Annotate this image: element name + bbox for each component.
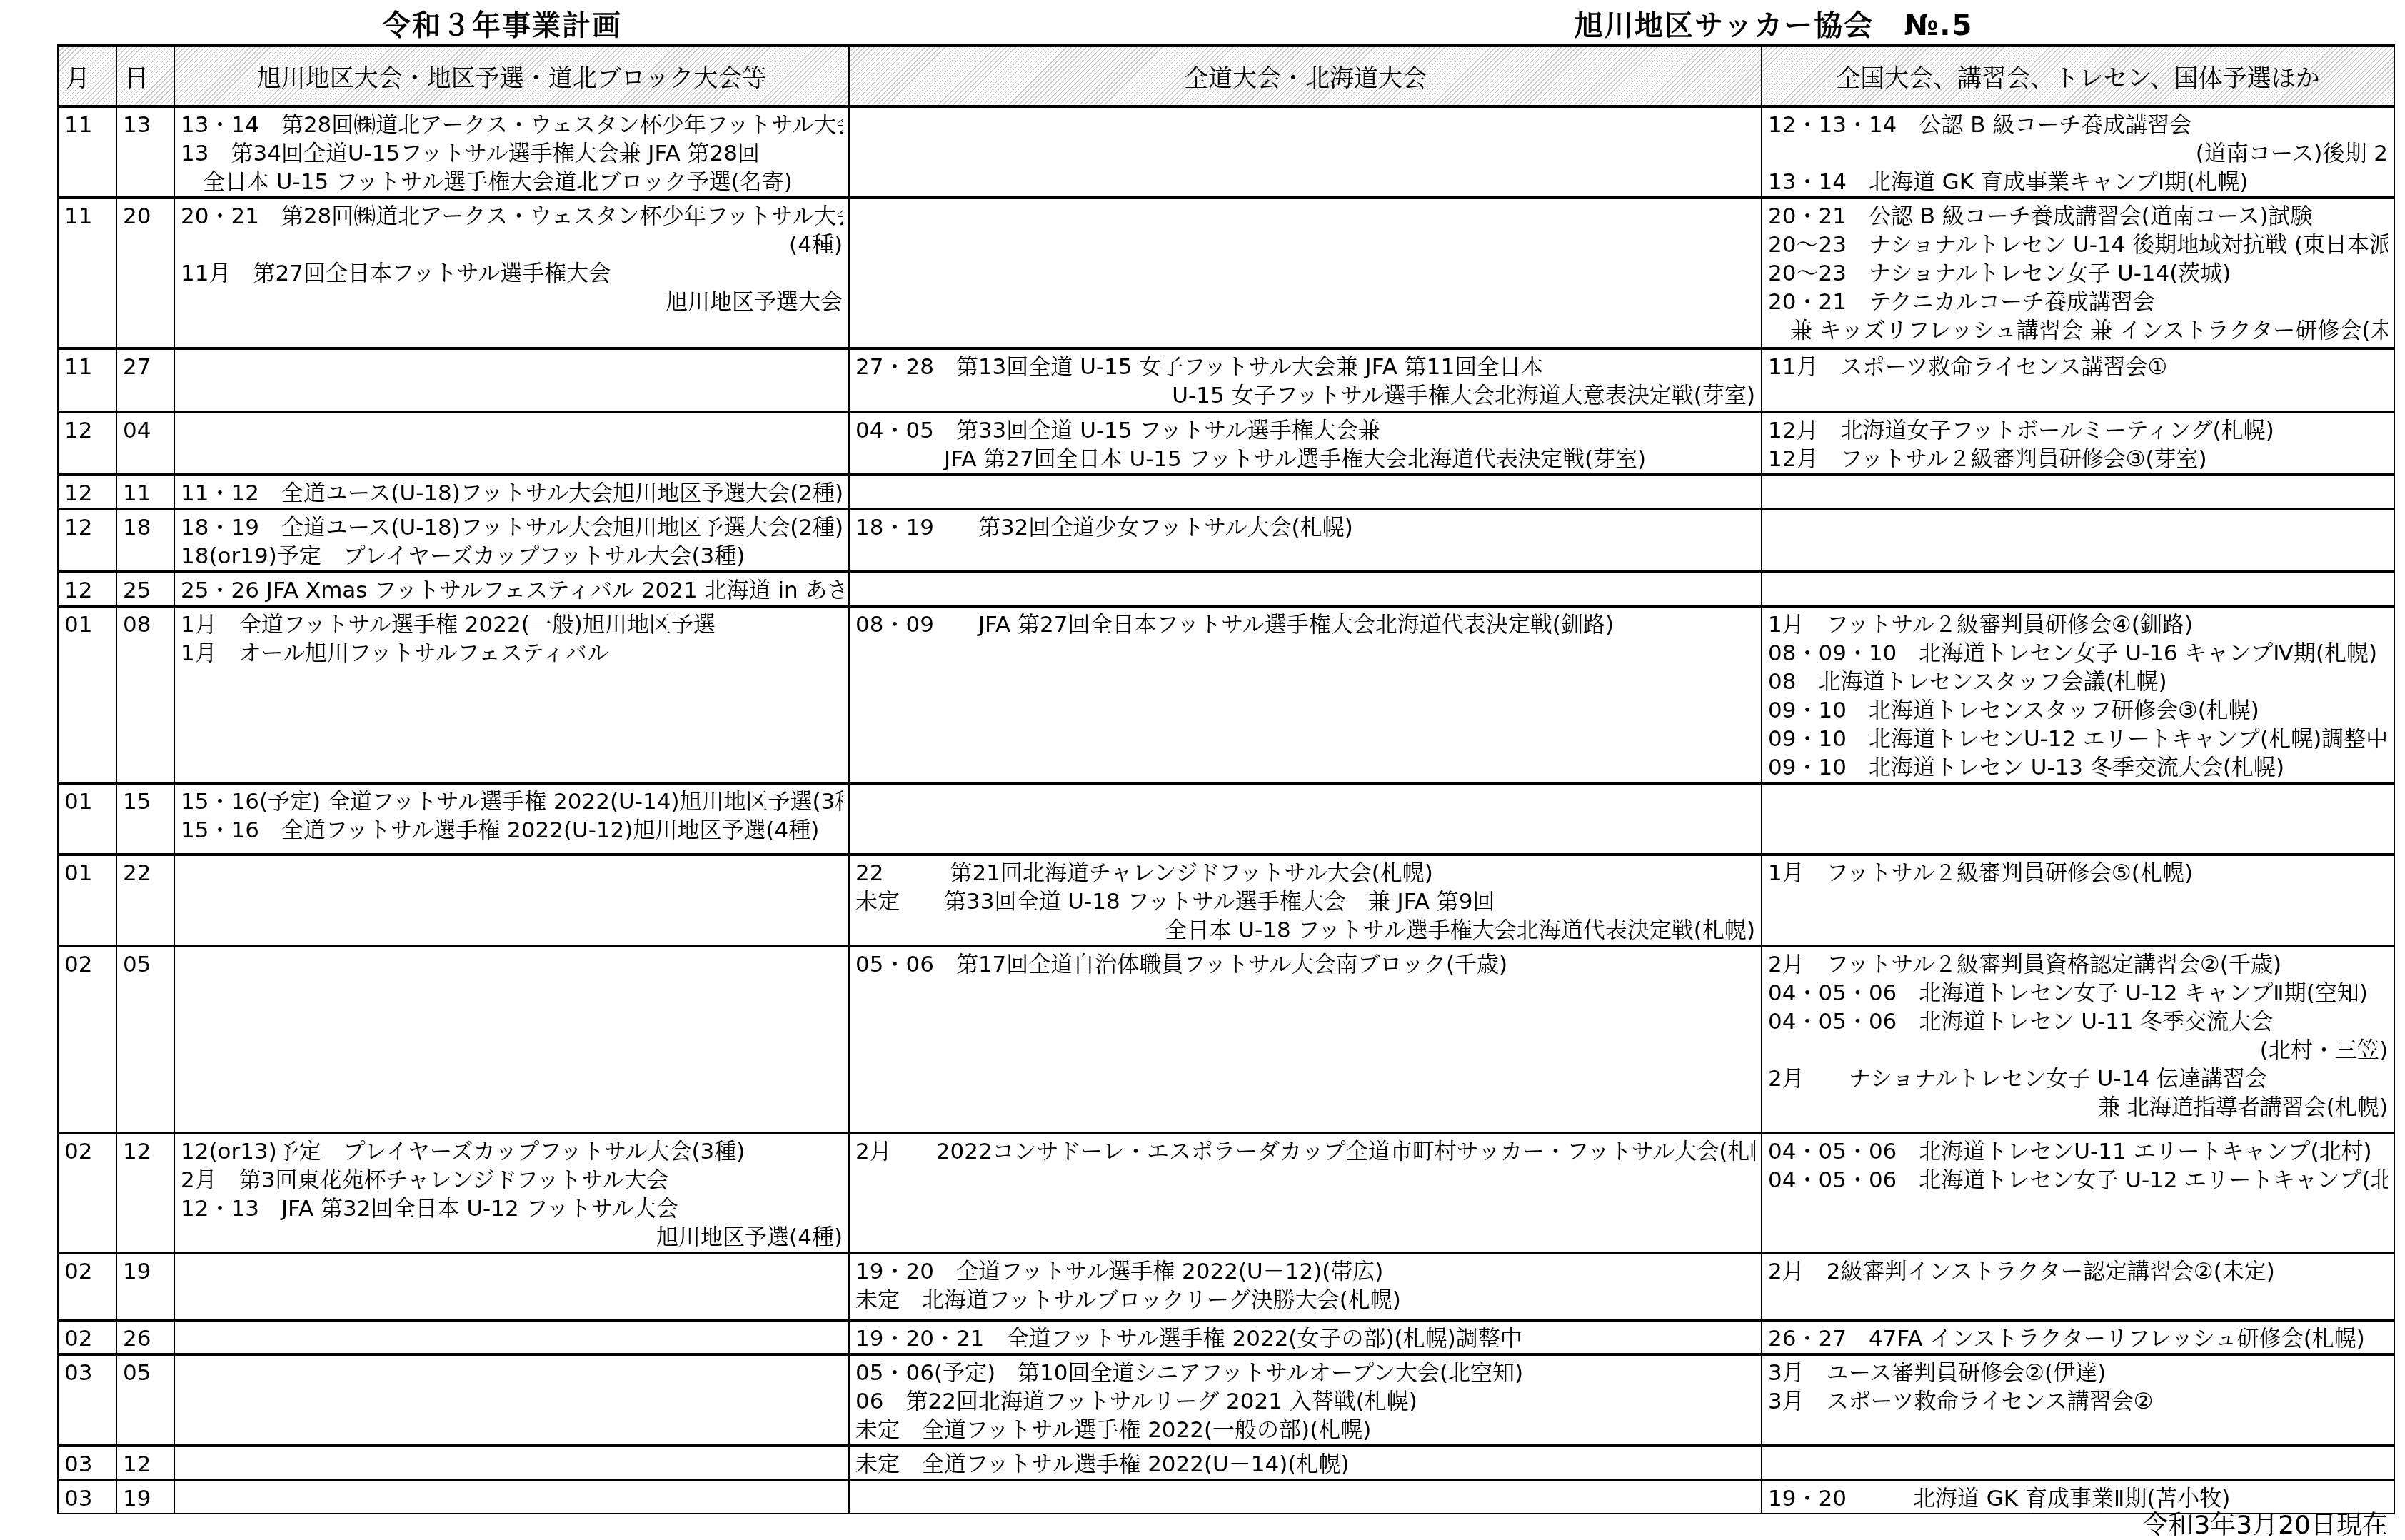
national-events-cell: 12月 北海道女子フットボールミーティング(札幌)12月 フットサル２級審判員研…	[1762, 412, 2394, 475]
event-line: 13・14 第28回㈱道北アークス・ウェスタン杯少年フットサル大会(4種)	[181, 111, 843, 139]
month-cell: 12	[58, 572, 116, 606]
day-cell: 20	[116, 198, 174, 348]
event-line: JFA 第27回全日本 U-15 フットサル選手権大会北海道代表決定戦(芽室)	[855, 445, 1755, 473]
event-line: 全日本 U-15 フットサル選手権大会道北ブロック予選(名寄)	[181, 168, 843, 196]
event-line: 08・09・10 北海道トレセン女子 U-16 キャンプⅣ期(札幌)	[1768, 639, 2388, 668]
event-line: 25・26 JFA Xmas フットサルフェスティバル 2021 北海道 in …	[181, 576, 843, 605]
national-events-cell: 3月 ユース審判員研修会②(伊達)3月 スポーツ救命ライセンス講習会②	[1762, 1354, 2394, 1446]
hokkaido-events-cell: 未定 全道フットサル選手権 2022(U－14)(札幌)	[849, 1446, 1762, 1480]
event-line: 12月 フットサル２級審判員研修会③(芽室)	[1768, 445, 2388, 473]
hokkaido-events-cell	[849, 198, 1762, 348]
table-row: 120404・05 第33回全道 U-15 フットサル選手権大会兼 JFA 第2…	[58, 412, 2394, 475]
table-row: 030505・06(予定) 第10回全道シニアフットサルオープン大会(北空知)0…	[58, 1354, 2394, 1446]
day-cell: 27	[116, 348, 174, 412]
table-row: 112727・28 第13回全道 U-15 女子フットサル大会兼 JFA 第11…	[58, 348, 2394, 412]
national-events-cell	[1762, 1446, 2394, 1480]
event-line: (道南コース)後期 2	[1768, 139, 2388, 168]
month-cell: 11	[58, 198, 116, 348]
event-line: 04・05・06 北海道トレセンU-11 エリートキャンプ(北村)	[1768, 1137, 2388, 1166]
event-line: 20・21 公認 B 級コーチ養成講習会(道南コース)試験	[1768, 202, 2388, 231]
event-line: 3月 ユース審判員研修会②(伊達)	[1768, 1359, 2388, 1387]
month-cell: 02	[58, 1320, 116, 1354]
national-events-cell: 2月 2級審判インストラクター認定講習会②(未定)	[1762, 1253, 2394, 1320]
national-events-cell	[1762, 783, 2394, 855]
month-cell: 01	[58, 606, 116, 783]
hokkaido-events-cell: 08・09 JFA 第27回全日本フットサル選手権大会北海道代表決定戦(釧路)	[849, 606, 1762, 783]
hokkaido-events-cell: 19・20・21 全道フットサル選手権 2022(女子の部)(札幌)調整中	[849, 1320, 1762, 1354]
month-cell: 12	[58, 475, 116, 509]
month-cell: 03	[58, 1354, 116, 1446]
local-events-cell	[174, 1320, 849, 1354]
day-cell: 26	[116, 1320, 174, 1354]
hokkaido-events-cell	[849, 106, 1762, 198]
event-line: 08・09 JFA 第27回全日本フットサル選手権大会北海道代表決定戦(釧路)	[855, 610, 1755, 639]
national-events-cell: 2月 フットサル２級審判員資格認定講習会②(千歳)04・05・06 北海道トレセ…	[1762, 946, 2394, 1133]
event-line: 09・10 北海道トレセンスタッフ研修会③(札幌)	[1768, 696, 2388, 725]
month-cell: 02	[58, 1133, 116, 1253]
event-line: 18・19 全道ユース(U-18)フットサル大会旭川地区予選大会(2種)	[181, 513, 843, 542]
event-line: 04・05 第33回全道 U-15 フットサル選手権大会兼	[855, 416, 1755, 445]
event-line: 1月 オール旭川フットサルフェスティバル	[181, 639, 843, 668]
event-line: 18(or19)予定 プレイヤーズカップフットサル大会(3種)	[181, 542, 843, 570]
table-row: 020505・06 第17回全道自治体職員フットサル大会南ブロック(千歳)2月 …	[58, 946, 2394, 1133]
event-line: 04・05・06 北海道トレセン女子 U-12 エリートキャンプ(北村)	[1768, 1166, 2388, 1194]
day-cell: 08	[116, 606, 174, 783]
month-cell: 03	[58, 1446, 116, 1480]
hokkaido-events-cell: 18・19 第32回全道少女フットサル大会(札幌)	[849, 509, 1762, 572]
event-line: 2月 フットサル２級審判員資格認定講習会②(千歳)	[1768, 950, 2388, 979]
month-cell: 11	[58, 348, 116, 412]
table-row: 011515・16(予定) 全道フットサル選手権 2022(U-14)旭川地区予…	[58, 783, 2394, 855]
event-line: 11月 スポーツ救命ライセンス講習会①	[1768, 353, 2388, 381]
event-line: (北村・三笠)	[1768, 1036, 2388, 1065]
table-row: 022619・20・21 全道フットサル選手権 2022(女子の部)(札幌)調整…	[58, 1320, 2394, 1354]
column-header-day: 日	[116, 46, 174, 106]
event-line: U-15 女子フットサル選手権大会北海道大意表決定戦(芽室)	[855, 381, 1755, 410]
event-line: 20・21 テクニカルコーチ養成講習会	[1768, 288, 2388, 316]
column-header-local-events: 旭川地区大会・地区予選・道北ブロック大会等	[174, 46, 849, 106]
event-line: 2月 2022コンサドーレ・エスポラーダカップ全道市町村サッカー・フットサル大会…	[855, 1137, 1755, 1166]
event-line: 3月 スポーツ救命ライセンス講習会②	[1768, 1387, 2388, 1416]
event-line: 09・10 北海道トレセン U-13 冬季交流大会(札幌)	[1768, 753, 2388, 782]
day-cell: 11	[116, 475, 174, 509]
event-line: 08 北海道トレセンスタッフ会議(札幌)	[1768, 668, 2388, 696]
event-line: 旭川地区予選大会	[181, 288, 843, 316]
column-header-month: 月	[58, 46, 116, 106]
event-line: 19・20 全道フットサル選手権 2022(U－12)(帯広)	[855, 1257, 1755, 1286]
day-cell: 15	[116, 783, 174, 855]
event-line: 26・27 47FA インストラクターリフレッシュ研修会(札幌)	[1768, 1324, 2388, 1353]
table-body: 111313・14 第28回㈱道北アークス・ウェスタン杯少年フットサル大会(4種…	[58, 106, 2394, 1514]
event-line: 04・05・06 北海道トレセン U-11 冬季交流大会	[1768, 1007, 2388, 1036]
month-cell: 01	[58, 855, 116, 946]
day-cell: 22	[116, 855, 174, 946]
event-line: 兼 北海道指導者講習会(札幌)	[1768, 1093, 2388, 1122]
national-events-cell: 26・27 47FA インストラクターリフレッシュ研修会(札幌)	[1762, 1320, 2394, 1354]
local-events-cell	[174, 946, 849, 1133]
table-row: 0312未定 全道フットサル選手権 2022(U－14)(札幌)	[58, 1446, 2394, 1480]
national-events-cell: 12・13・14 公認 B 級コーチ養成講習会(道南コース)後期 213・14 …	[1762, 106, 2394, 198]
event-line: 15・16(予定) 全道フットサル選手権 2022(U-14)旭川地区予選(3種…	[181, 787, 843, 816]
hokkaido-events-cell: 04・05 第33回全道 U-15 フットサル選手権大会兼 JFA 第27回全日…	[849, 412, 1762, 475]
event-line: 05・06(予定) 第10回全道シニアフットサルオープン大会(北空知)	[855, 1359, 1755, 1387]
national-events-cell	[1762, 509, 2394, 572]
national-events-cell: 04・05・06 北海道トレセンU-11 エリートキャンプ(北村)04・05・0…	[1762, 1133, 2394, 1253]
event-line: 11月 第27回全日本フットサル選手権大会	[181, 259, 843, 288]
event-line: 20～23 ナショナルトレセン女子 U-14(茨城)	[1768, 259, 2388, 288]
event-line: 11・12 全道ユース(U-18)フットサル大会旭川地区予選大会(2種)	[181, 479, 843, 508]
local-events-cell: 18・19 全道ユース(U-18)フットサル大会旭川地区予選大会(2種)18(o…	[174, 509, 849, 572]
event-line: 12・13・14 公認 B 級コーチ養成講習会	[1768, 111, 2388, 139]
event-line: 1月 全道フットサル選手権 2022(一般)旭川地区予選	[181, 610, 843, 639]
local-events-cell	[174, 1446, 849, 1480]
event-line: 04・05・06 北海道トレセン女子 U-12 キャンプⅡ期(空知)	[1768, 979, 2388, 1007]
event-line: 未定 第33回全道 U-18 フットサル選手権大会 兼 JFA 第9回	[855, 887, 1755, 916]
national-events-cell: 11月 スポーツ救命ライセンス講習会①	[1762, 348, 2394, 412]
table-row: 121111・12 全道ユース(U-18)フットサル大会旭川地区予選大会(2種)	[58, 475, 2394, 509]
hokkaido-events-cell: 22 第21回北海道チャレンジドフットサル大会(札幌)未定 第33回全道 U-1…	[849, 855, 1762, 946]
month-cell: 12	[58, 509, 116, 572]
month-cell: 11	[58, 106, 116, 198]
local-events-cell: 12(or13)予定 プレイヤーズカップフットサル大会(3種)2月 第3回東花苑…	[174, 1133, 849, 1253]
event-line: 未定 北海道フットサルブロックリーグ決勝大会(札幌)	[855, 1286, 1755, 1314]
local-events-cell	[174, 855, 849, 946]
local-events-cell: 1月 全道フットサル選手権 2022(一般)旭川地区予選1月 オール旭川フットサ…	[174, 606, 849, 783]
column-header-hokkaido-events: 全道大会・北海道大会	[849, 46, 1762, 106]
local-events-cell: 15・16(予定) 全道フットサル選手権 2022(U-14)旭川地区予選(3種…	[174, 783, 849, 855]
event-line: 20～23 ナショナルトレセン U-14 後期地域対抗戦 (東日本派遣)	[1768, 231, 2388, 259]
schedule-table: 月 日 旭川地区大会・地区予選・道北ブロック大会等 全道大会・北海道大会 全国大…	[57, 44, 2395, 1514]
local-events-cell	[174, 1480, 849, 1514]
national-events-cell	[1762, 572, 2394, 606]
event-line: 旭川地区予選(4種)	[181, 1223, 843, 1252]
day-cell: 12	[116, 1133, 174, 1253]
event-line: 15・16 全道フットサル選手権 2022(U-12)旭川地区予選(4種)	[181, 816, 843, 845]
local-events-cell	[174, 1253, 849, 1320]
hokkaido-events-cell: 27・28 第13回全道 U-15 女子フットサル大会兼 JFA 第11回全日本…	[849, 348, 1762, 412]
event-line: 05・06 第17回全道自治体職員フットサル大会南ブロック(千歳)	[855, 950, 1755, 979]
day-cell: 19	[116, 1480, 174, 1514]
national-events-cell	[1762, 475, 2394, 509]
hokkaido-events-cell	[849, 783, 1762, 855]
table-row: 012222 第21回北海道チャレンジドフットサル大会(札幌)未定 第33回全道…	[58, 855, 2394, 946]
table-row: 122525・26 JFA Xmas フットサルフェスティバル 2021 北海道…	[58, 572, 2394, 606]
table-row: 121818・19 全道ユース(U-18)フットサル大会旭川地区予選大会(2種)…	[58, 509, 2394, 572]
event-line: 13 第34回全道U-15フットサル選手権大会兼 JFA 第28回	[181, 139, 843, 168]
day-cell: 18	[116, 509, 174, 572]
event-line: 19・20・21 全道フットサル選手権 2022(女子の部)(札幌)調整中	[855, 1324, 1755, 1353]
table-header-row: 月 日 旭川地区大会・地区予選・道北ブロック大会等 全道大会・北海道大会 全国大…	[58, 46, 2394, 106]
day-cell: 25	[116, 572, 174, 606]
event-line: 09・10 北海道トレセンU-12 エリートキャンプ(札幌)調整中	[1768, 725, 2388, 753]
month-cell: 03	[58, 1480, 116, 1514]
organization-name: 旭川地区サッカー協会 №.5	[1575, 3, 1973, 44]
national-events-cell: 1月 フットサル２級審判員研修会④(釧路)08・09・10 北海道トレセン女子 …	[1762, 606, 2394, 783]
month-cell: 02	[58, 946, 116, 1133]
event-line: 未定 全道フットサル選手権 2022(U－14)(札幌)	[855, 1450, 1755, 1479]
hokkaido-events-cell: 2月 2022コンサドーレ・エスポラーダカップ全道市町村サッカー・フットサル大会…	[849, 1133, 1762, 1253]
local-events-cell: 11・12 全道ユース(U-18)フットサル大会旭川地区予選大会(2種)	[174, 475, 849, 509]
event-line: 全日本 U-18 フットサル選手権大会北海道代表決定戦(札幌)	[855, 916, 1755, 945]
event-line: 12(or13)予定 プレイヤーズカップフットサル大会(3種)	[181, 1137, 843, 1166]
local-events-cell	[174, 412, 849, 475]
table-row: 01081月 全道フットサル選手権 2022(一般)旭川地区予選1月 オール旭川…	[58, 606, 2394, 783]
hokkaido-events-cell: 19・20 全道フットサル選手権 2022(U－12)(帯広)未定 北海道フット…	[849, 1253, 1762, 1320]
local-events-cell: 25・26 JFA Xmas フットサルフェスティバル 2021 北海道 in …	[174, 572, 849, 606]
as-of-date: 令和3年3月20日現在	[2142, 1505, 2388, 1540]
event-line: 18・19 第32回全道少女フットサル大会(札幌)	[855, 513, 1755, 542]
national-events-cell: 1月 フットサル２級審判員研修会⑤(札幌)	[1762, 855, 2394, 946]
table-row: 021212(or13)予定 プレイヤーズカップフットサル大会(3種)2月 第3…	[58, 1133, 2394, 1253]
month-cell: 02	[58, 1253, 116, 1320]
month-cell: 12	[58, 412, 116, 475]
hokkaido-events-cell	[849, 475, 1762, 509]
event-line: 兼 キッズリフレッシュ講習会 兼 インストラクター研修会(未定)	[1768, 316, 2388, 345]
event-line: 27・28 第13回全道 U-15 女子フットサル大会兼 JFA 第11回全日本	[855, 353, 1755, 381]
event-line: 20・21 第28回㈱道北アークス・ウェスタン杯少年フットサル大会決勝	[181, 202, 843, 231]
day-cell: 12	[116, 1446, 174, 1480]
event-line: 2月 第3回東花苑杯チャレンジドフットサル大会	[181, 1166, 843, 1194]
day-cell: 13	[116, 106, 174, 198]
day-cell: 05	[116, 1354, 174, 1446]
event-line: 13・14 北海道 GK 育成事業キャンプⅠ期(札幌)	[1768, 168, 2388, 196]
day-cell: 19	[116, 1253, 174, 1320]
event-line: 1月 フットサル２級審判員研修会④(釧路)	[1768, 610, 2388, 639]
national-events-cell: 20・21 公認 B 級コーチ養成講習会(道南コース)試験20～23 ナショナル…	[1762, 198, 2394, 348]
hokkaido-events-cell: 05・06(予定) 第10回全道シニアフットサルオープン大会(北空知)06 第2…	[849, 1354, 1762, 1446]
event-line: 1月 フットサル２級審判員研修会⑤(札幌)	[1768, 859, 2388, 887]
table-row: 031919・20 北海道 GK 育成事業Ⅱ期(苫小牧)	[58, 1480, 2394, 1514]
local-events-cell	[174, 348, 849, 412]
table-row: 112020・21 第28回㈱道北アークス・ウェスタン杯少年フットサル大会決勝(…	[58, 198, 2394, 348]
event-line: 2月 2級審判インストラクター認定講習会②(未定)	[1768, 1257, 2388, 1286]
day-cell: 04	[116, 412, 174, 475]
hokkaido-events-cell	[849, 1480, 1762, 1514]
event-line: 12・13 JFA 第32回全日本 U-12 フットサル大会	[181, 1194, 843, 1223]
hokkaido-events-cell: 05・06 第17回全道自治体職員フットサル大会南ブロック(千歳)	[849, 946, 1762, 1133]
event-line: (4種)	[181, 231, 843, 259]
local-events-cell: 13・14 第28回㈱道北アークス・ウェスタン杯少年フットサル大会(4種)13 …	[174, 106, 849, 198]
table-row: 021919・20 全道フットサル選手権 2022(U－12)(帯広)未定 北海…	[58, 1253, 2394, 1320]
day-cell: 05	[116, 946, 174, 1133]
table-row: 111313・14 第28回㈱道北アークス・ウェスタン杯少年フットサル大会(4種…	[58, 106, 2394, 198]
local-events-cell	[174, 1354, 849, 1446]
month-cell: 01	[58, 783, 116, 855]
event-line: 22 第21回北海道チャレンジドフットサル大会(札幌)	[855, 859, 1755, 887]
event-line: 2月 ナショナルトレセン女子 U-14 伝達講習会	[1768, 1065, 2388, 1093]
page-title: 令和３年事業計画	[382, 3, 622, 44]
event-line: 未定 全道フットサル選手権 2022(一般の部)(札幌)	[855, 1416, 1755, 1444]
event-line: 12月 北海道女子フットボールミーティング(札幌)	[1768, 416, 2388, 445]
event-line: 06 第22回北海道フットサルリーグ 2021 入替戦(札幌)	[855, 1387, 1755, 1416]
column-header-national-events: 全国大会、講習会、トレセン、国体予選ほか	[1762, 46, 2394, 106]
hokkaido-events-cell	[849, 572, 1762, 606]
local-events-cell: 20・21 第28回㈱道北アークス・ウェスタン杯少年フットサル大会決勝(4種) …	[174, 198, 849, 348]
